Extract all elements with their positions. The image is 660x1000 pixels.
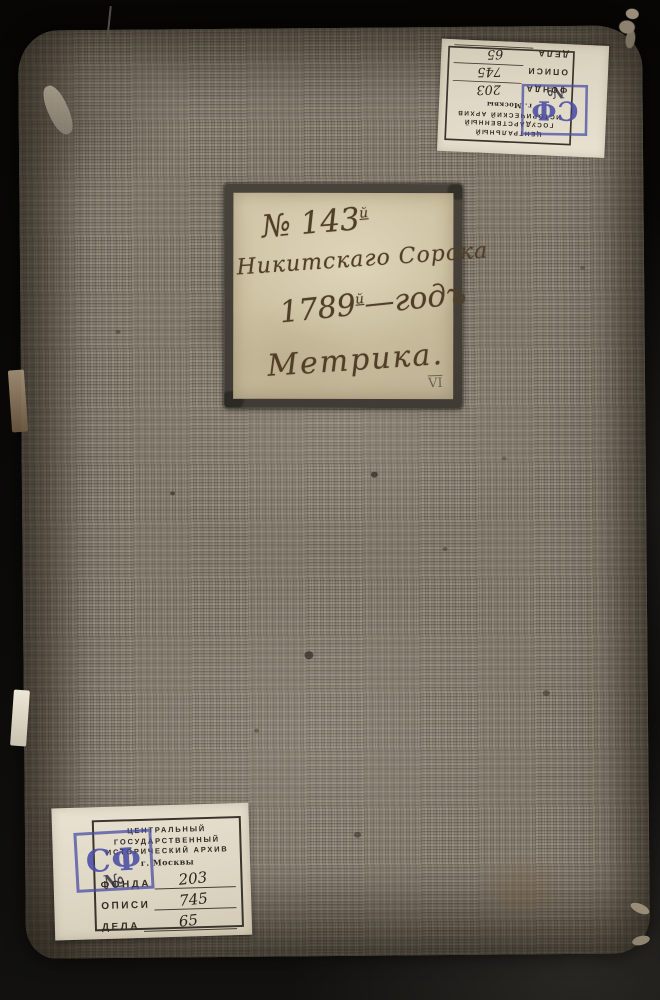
delo-row: ДЕЛА 65 [102, 912, 237, 933]
year-dash: — [363, 284, 396, 322]
numero-sign: № [260, 207, 292, 245]
archive-label-paper: ЦЕНТРАЛЬНЫЙ ГОСУДАРСТВЕННЫЙ ИСТОРИЧЕСКИЙ… [437, 39, 609, 158]
opis-label: ОПИСИ [101, 899, 154, 912]
numero-stamp: № [102, 869, 126, 894]
year-value: 1789 [278, 288, 358, 331]
book-cover: № 143й Никитскаго Сорока 1789й—годъ Метр… [18, 25, 650, 958]
cloth-tie-knot [609, 0, 649, 50]
title-year-line: 1789й—годъ [278, 276, 468, 330]
delo-label: ДЕЛА [102, 920, 144, 932]
fond-line: 203 [155, 867, 236, 889]
fond-number: 203 [476, 82, 501, 98]
photo-background: № 143й Никитскаго Сорока 1789й—годъ Метр… [0, 0, 660, 1000]
delo-label: ДЕЛА [533, 48, 569, 59]
archive-label-paper: ЦЕНТРАЛЬНЫЙ ГОСУДАРСТВЕННЫЙ ИСТОРИЧЕСКИЙ… [51, 803, 252, 941]
delo-number: 65 [487, 47, 504, 63]
archive-label-top-right: ЦЕНТРАЛЬНЫЙ ГОСУДАРСТВЕННЫЙ ИСТОРИЧЕСКИЙ… [437, 39, 609, 158]
opis-number: 745 [477, 65, 502, 81]
delo-row: ДЕЛА 65 [454, 45, 569, 64]
fond-number: 203 [178, 868, 208, 889]
fond-line: 203 [452, 80, 521, 100]
pencil-mark: VI [428, 376, 443, 391]
title-type-line: Метрика. [266, 337, 445, 384]
delo-line: 65 [454, 45, 534, 65]
number-suffix: й [358, 205, 368, 222]
archive-label-bottom-left: ЦЕНТРАЛЬНЫЙ ГОСУДАРСТВЕННЫЙ ИСТОРИЧЕСКИЙ… [51, 803, 252, 941]
document-number: 143 [299, 201, 361, 242]
opis-row: ОПИСИ 745 [453, 63, 568, 82]
opis-line: 745 [154, 888, 236, 910]
handwritten-title-label: № 143й Никитскаго Сорока 1789й—годъ Метр… [224, 184, 462, 408]
title-district-line: Никитскаго Сорока [236, 238, 489, 280]
title-label-paper: № 143й Никитскаго Сорока 1789й—годъ Метр… [233, 193, 453, 399]
delo-number: 65 [178, 910, 199, 930]
delo-line: 65 [144, 909, 238, 932]
title-number-line: № 143й [260, 200, 370, 245]
opis-label: ОПИСИ [523, 66, 568, 77]
numero-stamp: № [546, 82, 565, 102]
opis-number: 745 [178, 889, 208, 910]
year-word: годъ [392, 276, 467, 318]
opis-line: 745 [453, 63, 523, 83]
